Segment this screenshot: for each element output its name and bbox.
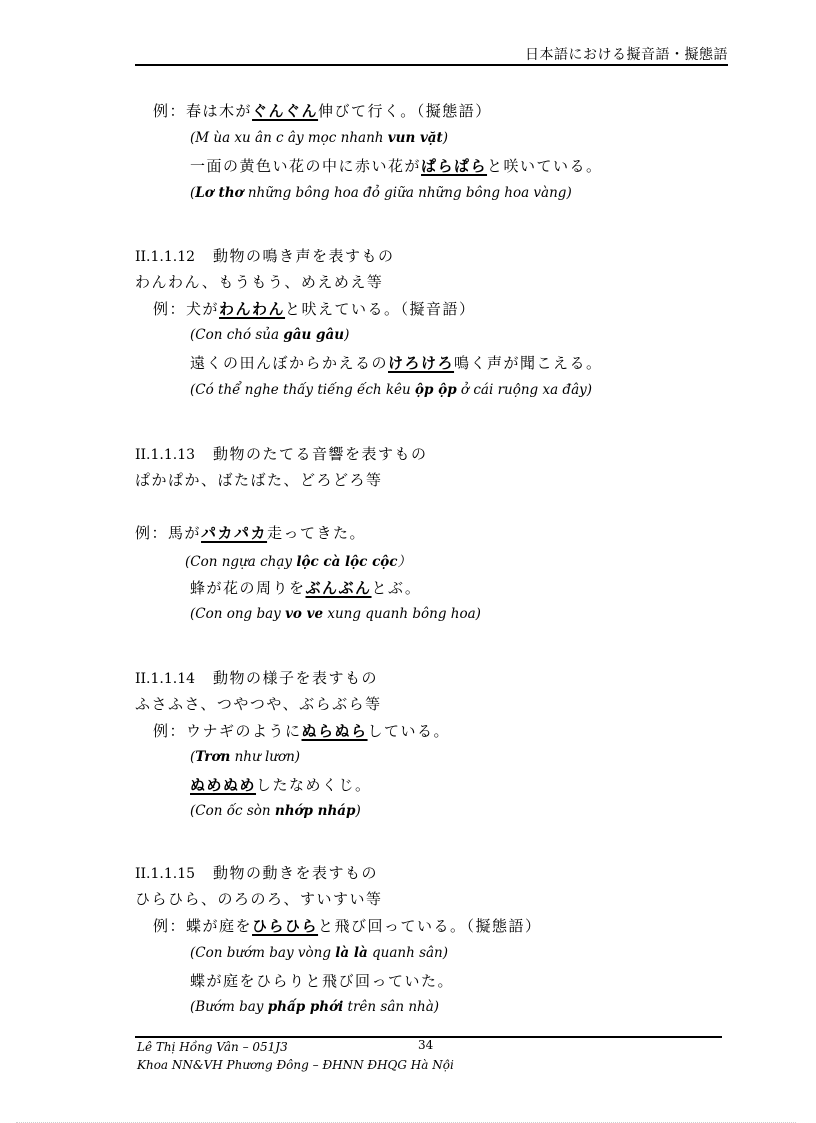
example-sentence: 例：春は木がぐんぐん伸びて行く。（擬態語） — [153, 100, 492, 121]
translation: (Con bướm bay vòng là là quanh sân) — [190, 945, 448, 961]
page-number: 34 — [418, 1038, 433, 1052]
text: (Con chó sủa — [190, 327, 283, 343]
example-prefix: 例： — [153, 917, 186, 935]
text: (Bướm bay — [190, 999, 268, 1015]
translation: (Con ngựa chạy lộc cà lộc cộc） — [185, 550, 411, 570]
section-number: II.1.1.15 — [135, 866, 195, 882]
translation: (Con chó sủa gâu gâu) — [190, 327, 349, 343]
text: 走ってきた。 — [267, 524, 366, 542]
onomatopoeia-highlight: ぬらぬら — [302, 722, 368, 740]
text: 春は木が — [186, 102, 252, 120]
section-title: 動物の動きを表すもの — [213, 864, 378, 882]
example-sentence: 蝶が庭をひらりと飛び回っていた。 — [190, 970, 454, 991]
footer-organization: Khoa NN&VH Phương Đông – ĐHNN ĐHQG Hà Nộ… — [137, 1058, 454, 1072]
example-sentence: 例：蝶が庭をひらひらと飛び回っている。（擬態語） — [153, 915, 542, 936]
text: (M ùa xu ân c ây mọc nhanh — [190, 130, 388, 146]
text: している。 — [368, 722, 451, 740]
onomatopoeia-highlight: パカパカ — [201, 524, 267, 542]
onomatopoeia-highlight: ぶんぶん — [306, 579, 372, 597]
section-title: 動物の様子を表すもの — [213, 669, 378, 687]
text: 一面の黄色い花の中に赤い花が — [190, 157, 421, 175]
example-sentence: ぬめぬめしたなめくじ。 — [190, 774, 372, 795]
text: 蝶が庭を — [186, 917, 252, 935]
translation: (Bướm bay phấp phới trên sân nhà) — [190, 999, 439, 1015]
text: ở cái ruộng xa đây) — [457, 382, 592, 398]
example-sentence: 例：馬がパカパカ走ってきた。 — [135, 522, 366, 543]
text: những bông hoa đỏ giữa những bông hoa và… — [244, 185, 572, 201]
text: 犬が — [186, 300, 219, 318]
examples-list: わんわん、もうもう、めえめえ等 — [135, 271, 383, 292]
example-prefix: 例： — [135, 524, 168, 542]
example-sentence: 遠くの田んぼからかえるのけろけろ鳴く声が聞こえる。 — [190, 352, 603, 373]
translation: (Có thể nghe thấy tiếng ếch kêu ộp ộp ở … — [190, 382, 592, 398]
text: と咲いている。 — [487, 157, 603, 175]
translation: (Lơ thơ những bông hoa đỏ giữa những bôn… — [190, 185, 572, 201]
section-title: 動物のたてる音響を表すもの — [213, 445, 428, 463]
text: trên sân nhà) — [343, 999, 439, 1015]
text: (Con ong bay — [190, 606, 285, 622]
translation-highlight: vun vặt — [388, 130, 443, 146]
text: と飛び回っている。（擬態語） — [318, 917, 542, 935]
text: (Con ốc sòn — [190, 803, 275, 819]
section-title: 動物の鳴き声を表すもの — [213, 247, 395, 265]
translation: (M ùa xu ân c ây mọc nhanh vun vặt) — [190, 130, 448, 146]
section-number: II.1.1.14 — [135, 671, 195, 687]
text: 遠くの田んぼからかえるの — [190, 354, 388, 372]
text: (Con ngựa chạy — [185, 554, 296, 570]
text: quanh sân) — [368, 945, 448, 961]
translation-highlight: phấp phới — [268, 999, 344, 1015]
text: ウナギのように — [186, 722, 302, 740]
text: 馬が — [168, 524, 201, 542]
text: 伸びて行く。（擬態語） — [318, 102, 492, 120]
translation-highlight: nhớp nháp — [275, 803, 356, 819]
text: したなめくじ。 — [256, 776, 372, 794]
text: (Con bướm bay vòng — [190, 945, 335, 961]
text: 蜂が花の周りを — [190, 579, 306, 597]
text: と吠えている。（擬音語） — [285, 300, 476, 318]
onomatopoeia-highlight: けろけろ — [388, 354, 454, 372]
section-number: II.1.1.13 — [135, 447, 195, 463]
translation-highlight: gâu gâu — [283, 327, 344, 343]
translation-highlight: vo ve — [285, 606, 323, 622]
text: ) — [355, 803, 360, 819]
examples-list: ひらひら、のろのろ、すいすい等 — [135, 888, 383, 909]
header-divider — [135, 64, 728, 66]
example-prefix: 例： — [153, 722, 186, 740]
section-heading: II.1.1.14動物の様子を表すもの — [135, 667, 378, 688]
examples-list: ふさふさ、つやつや、ぶらぶら等 — [135, 693, 382, 714]
translation-highlight: lộc cà lộc cộc — [296, 554, 397, 570]
translation: (Con ong bay vo ve xung quanh bông hoa) — [190, 606, 481, 622]
translation: (Con ốc sòn nhớp nháp) — [190, 803, 361, 819]
section-heading: II.1.1.13動物のたてる音響を表すもの — [135, 443, 428, 464]
text: 蝶が庭をひらりと飛び回っていた。 — [190, 972, 454, 990]
translation-highlight: ộp ộp — [415, 382, 457, 398]
text: ) — [344, 327, 349, 343]
onomatopoeia-highlight: わんわん — [219, 300, 285, 318]
section-heading: II.1.1.12動物の鳴き声を表すもの — [135, 245, 395, 266]
text: とぶ。 — [372, 579, 422, 597]
text: 鳴く声が聞こえる。 — [454, 354, 603, 372]
text: ) — [443, 130, 448, 146]
text: như lươn) — [230, 749, 300, 765]
example-sentence: 蜂が花の周りをぶんぶんとぶ。 — [190, 577, 421, 598]
example-sentence: 一面の黄色い花の中に赤い花がぱらぱらと咲いている。 — [190, 155, 603, 176]
onomatopoeia-highlight: ぐんぐん — [252, 102, 318, 120]
footer-author: Lê Thị Hồng Vân – 051J3 — [137, 1040, 288, 1054]
example-prefix: 例： — [153, 102, 186, 120]
header-title: 日本語における擬音語・擬態語 — [525, 44, 728, 64]
translation-highlight: là là — [335, 945, 367, 961]
onomatopoeia-highlight: ぬめぬめ — [190, 776, 256, 794]
text: xung quanh bông hoa) — [323, 606, 481, 622]
section-number: II.1.1.12 — [135, 249, 195, 265]
text: (Có thể nghe thấy tiếng ếch kêu — [190, 382, 415, 398]
onomatopoeia-highlight: ひらひら — [252, 917, 318, 935]
translation: (Trơn như lươn) — [190, 749, 300, 765]
translation-highlight: Lơ thơ — [195, 185, 243, 201]
section-heading: II.1.1.15動物の動きを表すもの — [135, 862, 378, 883]
example-prefix: 例： — [153, 300, 186, 318]
translation-highlight: Trơn — [195, 749, 230, 765]
text: ） — [398, 554, 412, 570]
example-sentence: 例：犬がわんわんと吠えている。（擬音語） — [153, 298, 476, 319]
example-sentence: 例：ウナギのようにぬらぬらしている。 — [153, 720, 450, 741]
examples-list: ぱかぱか、ばたばた、どろどろ等 — [135, 469, 383, 490]
onomatopoeia-highlight: ぱらぱら — [421, 157, 487, 175]
